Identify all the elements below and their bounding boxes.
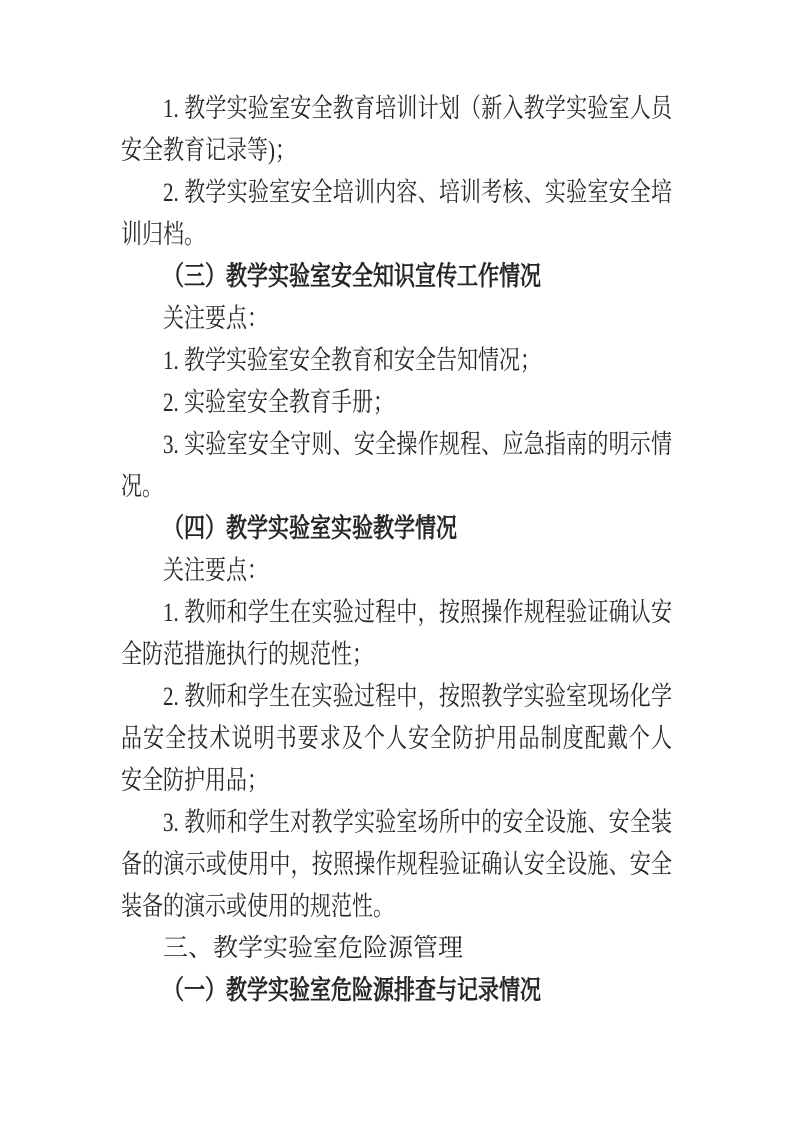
document-body: 1. 教学实验室安全教育培训计划（新入教学实验室人员安全教育记录等)；2. 教学…: [121, 87, 672, 1011]
paragraph: 3. 实验室安全守则、安全操作规程、应急指南的明示情况。: [121, 423, 672, 507]
paragraph: 2. 教学实验室安全培训内容、培训考核、实验室安全培训归档。: [121, 171, 672, 255]
document-page: 1. 教学实验室安全教育培训计划（新入教学实验室人员安全教育记录等)；2. 教学…: [0, 0, 793, 1122]
paragraph: 1. 教师和学生在实验过程中，按照操作规程验证确认安全防范措施执行的规范性；: [121, 591, 672, 675]
text-line: （一）教学实验室危险源排查与记录情况: [121, 964, 672, 1017]
paragraph: 1. 教学实验室安全教育培训计划（新入教学实验室人员安全教育记录等)；: [121, 87, 672, 171]
paragraph: 3. 教师和学生对教学实验室场所中的安全设施、安全装备的演示或使用中，按照操作规…: [121, 801, 672, 927]
paragraph: 2. 教师和学生在实验过程中，按照教学实验室现场化学品安全技术说明书要求及个人安…: [121, 675, 672, 801]
section-heading: （一）教学实验室危险源排查与记录情况: [121, 969, 672, 1011]
text-line: 装备的演示或使用的规范性。: [121, 880, 672, 933]
